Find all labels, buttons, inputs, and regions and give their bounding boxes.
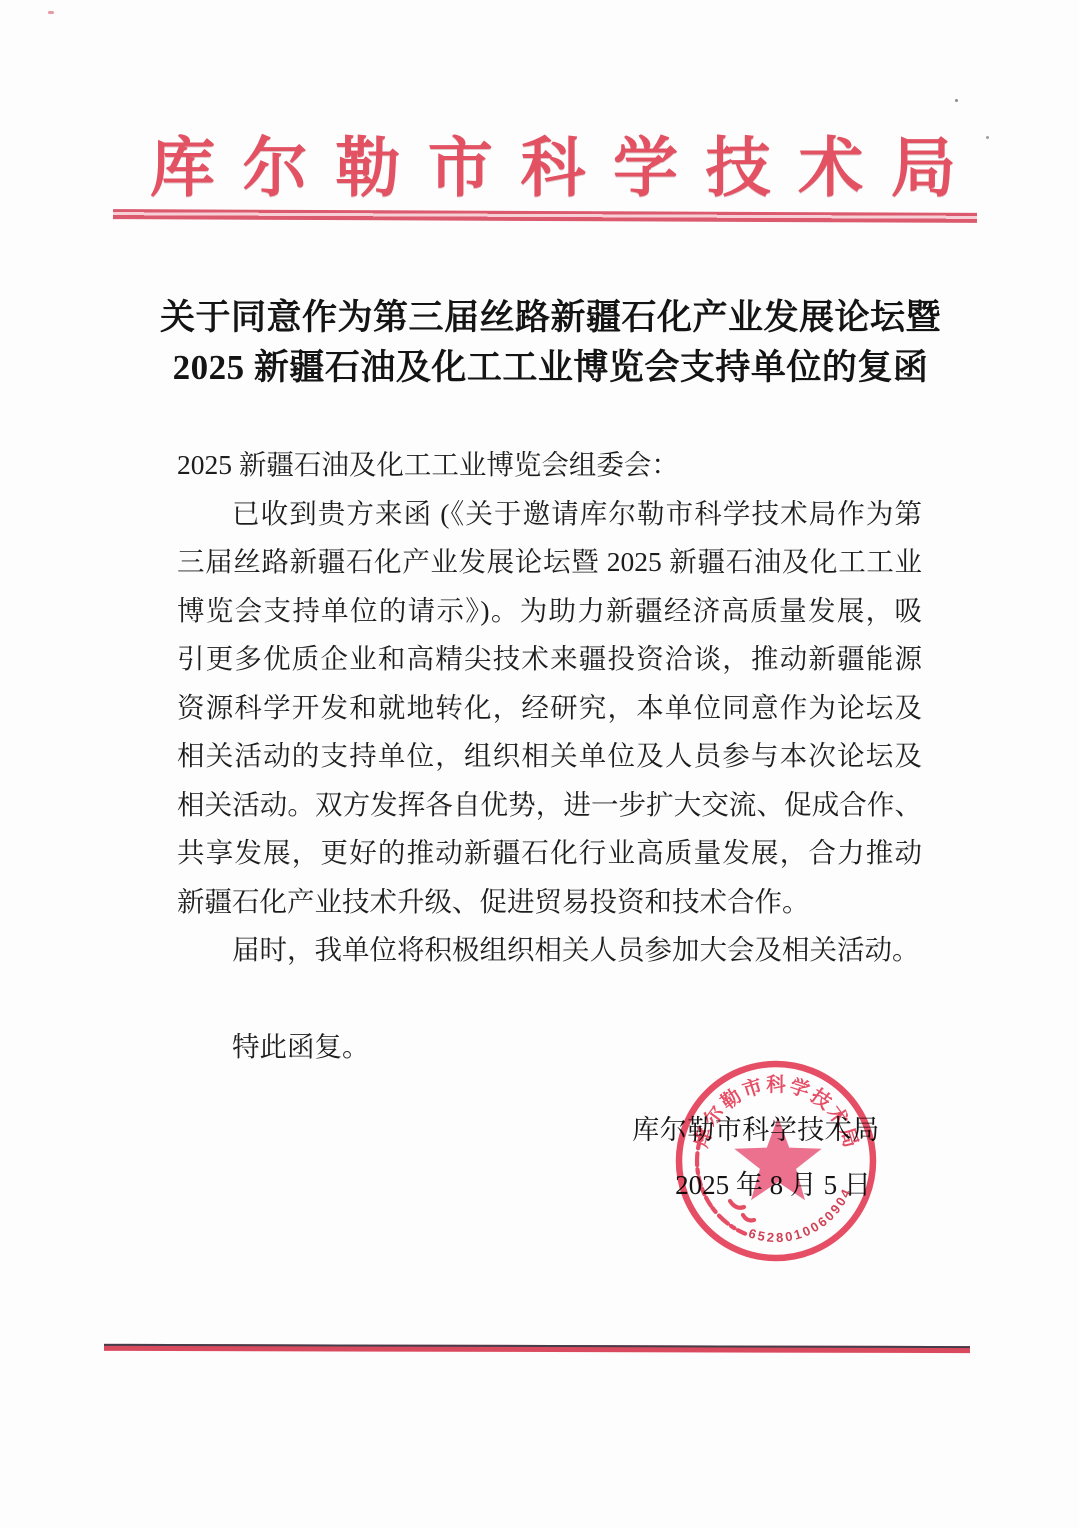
scan-speck [986,136,989,139]
seal-arc-char: 2 [766,1230,774,1245]
body-line: 届时，我单位将积极组织相关人员参加大会及相关活动。 [177,926,922,975]
document-title: 关于同意作为第三届丝路新疆石化产业发展论坛暨 2025 新疆石油及化工工业博览会… [0,293,1079,393]
body-line: 资源科学开发和就地转化，经研究，本单位同意作为论坛及 [177,684,922,733]
seal-arc-char: 8 [776,1230,784,1245]
letterhead-char: 学 [613,131,678,207]
scan-speck [955,99,958,102]
letterhead-char: 尔 [243,131,308,207]
body-line: 相关活动。双方发挥各自优势，进一步扩大交流、促成合作、 [177,781,922,830]
seal-uyghur-script [743,1215,754,1220]
letterhead-char: 局 [891,131,956,207]
body-line [177,975,922,1024]
letterhead-rule [113,209,977,223]
seal-arc-char: 局 [835,1125,862,1150]
body-line: 引更多优质企业和高精尖技术来疆投资洽谈，推动新疆能源 [177,635,922,684]
seal-arc-char: 科 [766,1073,786,1096]
seal-arc-char: 5 [756,1228,766,1244]
body-line: 共享发展，更好的推动新疆石化行业高质量发展，合力推动 [177,829,922,878]
title-line-1: 关于同意作为第三届丝路新疆石化产业发展论坛暨 [22,293,1079,343]
letterhead-char: 科 [520,131,585,207]
document-page: 库尔勒市科学技术局 关于同意作为第三届丝路新疆石化产业发展论坛暨 2025 新疆… [0,0,1079,1528]
title-line-2: 2025 新疆石油及化工工业博览会支持单位的复函 [22,343,1079,393]
seal-uyghur-script [730,1201,744,1208]
body-line: 已收到贵方来函 (《关于邀请库尔勒市科学技术局作为第 [177,490,922,539]
seal-star-icon [734,1117,821,1200]
body-line: 新疆石化产业技术升级、促进贸易投资和技术合作。 [177,878,922,927]
letterhead-char: 技 [706,131,771,207]
letterhead-char: 勒 [335,131,400,207]
scan-speck [48,11,54,14]
letterhead-char: 市 [428,131,493,207]
letterhead-title: 库尔勒市科学技术局 [150,131,956,207]
body-line: 相关活动的支持单位，组织相关单位及人员参与本次论坛及 [177,732,922,781]
seal-arc-char: 市 [740,1074,766,1102]
letterhead-char: 库 [150,131,215,207]
letter-body: 2025 新疆石油及化工工业博览会组委会：已收到贵方来函 (《关于邀请库尔勒市科… [177,441,922,1072]
body-line: 博览会支持单位的请示》)。为助力新疆经济高质量发展，吸 [177,587,922,636]
body-line: 三届丝路新疆石化产业发展论坛暨 2025 新疆石油及化工工业 [177,538,922,587]
body-line: 2025 新疆石油及化工工业博览会组委会： [177,441,922,490]
footer-rule [104,1344,970,1353]
official-seal: 库尔勒市科学技术局 6528010060904 [668,1053,884,1269]
letterhead-char: 术 [798,131,863,207]
